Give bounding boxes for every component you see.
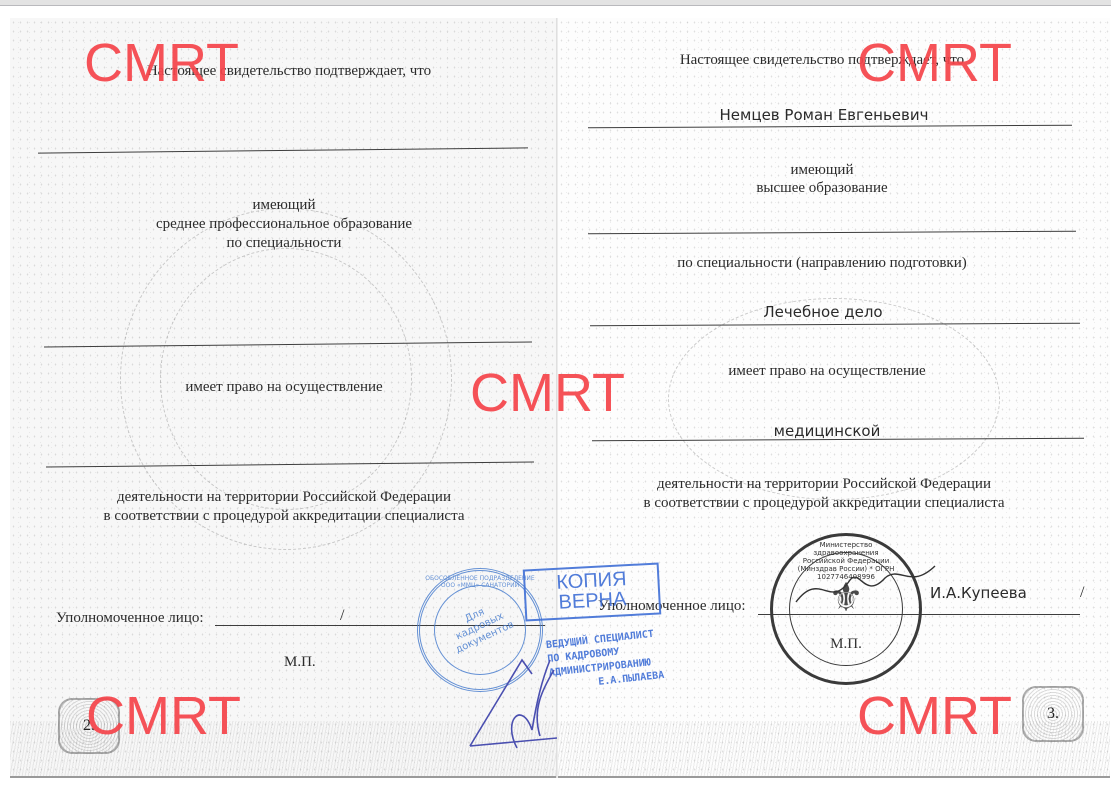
- watermark: CMRT: [84, 36, 239, 90]
- specialty-label: по специальности (направлению подготовки…: [558, 254, 1110, 273]
- signature-black: [790, 560, 940, 620]
- slash: /: [1080, 584, 1084, 602]
- page-number: 3.: [1022, 686, 1084, 742]
- having-label: имеющий: [10, 196, 558, 215]
- signature-blue: [462, 640, 572, 760]
- viewer-top-bar: [0, 0, 1111, 6]
- activity-line2: в соответствии с процедурой аккредитации…: [10, 507, 558, 526]
- specialty-label: по специальности: [10, 234, 558, 253]
- name-line: [588, 125, 1072, 129]
- copy-certified-stamp: КОПИЯ ВЕРНА: [523, 562, 662, 621]
- confirm-text: Настоящее свидетельство подтверждает, чт…: [558, 51, 1110, 70]
- watermark: CMRT: [857, 689, 1012, 743]
- specialty-value: Лечебное дело: [558, 303, 1110, 321]
- authorized-name: И.А.Купеева: [930, 584, 1027, 602]
- activity-line1: деятельности на территории Российской Фе…: [10, 488, 558, 507]
- name-line: [38, 147, 528, 153]
- having-label: имеющий: [558, 161, 1110, 180]
- full-name: Немцев Роман Евгеньевич: [558, 106, 1110, 124]
- right-label: имеет право на осуществление: [558, 362, 1110, 381]
- slash: /: [340, 607, 344, 625]
- education-level: высшее образование: [558, 179, 1110, 198]
- seal-label: М.П.: [284, 654, 316, 671]
- watermark: CMRT: [470, 366, 625, 420]
- education-level: среднее профессиональное образование: [10, 215, 558, 234]
- authorized-label: Уполномоченное лицо:: [56, 610, 204, 627]
- activity-line2: в соответствии с процедурой аккредитации…: [558, 494, 1110, 513]
- watermark: CMRT: [86, 689, 241, 743]
- ministry-seal-mp: М.П.: [773, 636, 919, 653]
- education-line: [588, 231, 1076, 235]
- watermark: CMRT: [857, 36, 1012, 90]
- page-number-text: 3.: [1047, 705, 1059, 723]
- guilloche-pattern: [668, 298, 1000, 500]
- activity-line1: деятельности на территории Российской Фе…: [558, 475, 1110, 494]
